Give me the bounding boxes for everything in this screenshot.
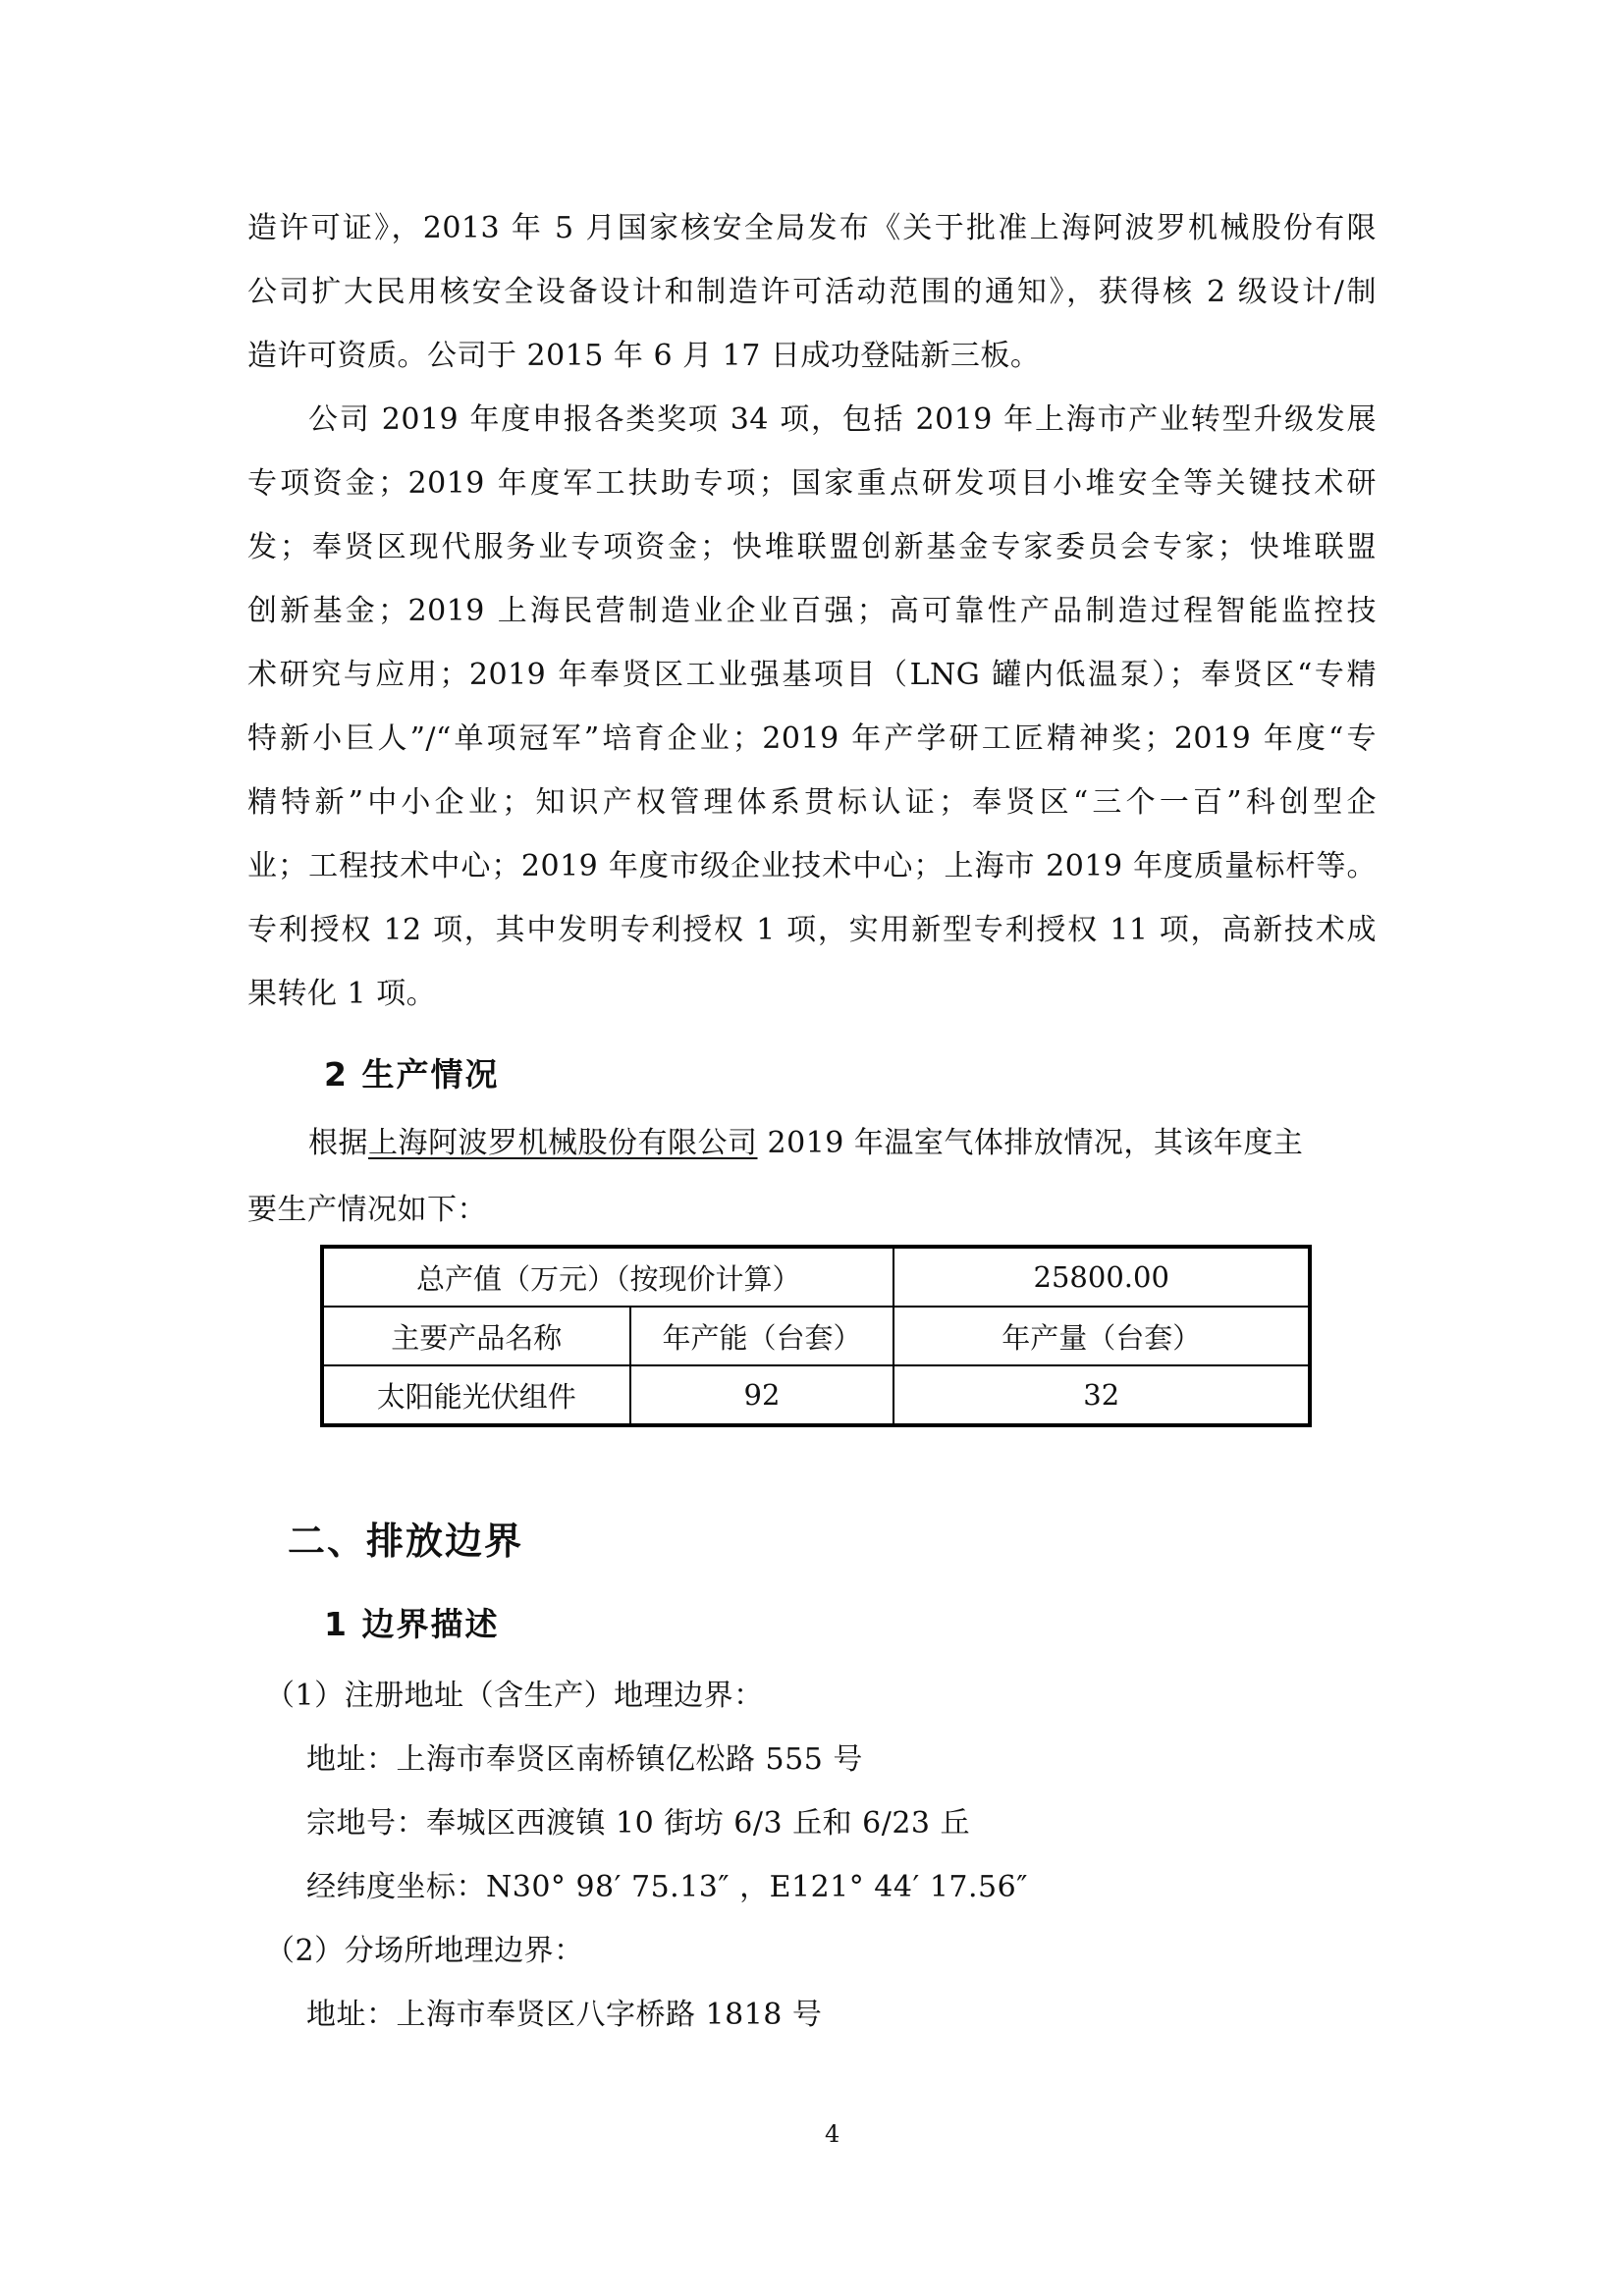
paragraph-line: 公司扩大民用核安全设备设计和制造许可活动范围的通知》，获得核 2 级设计/制 [247, 273, 1377, 312]
table-header-row: 主要产品名称 年产能（台套） 年产量（台套） [322, 1307, 1310, 1365]
company-name: 上海阿波罗机械股份有限公司 [368, 1126, 758, 1160]
header-annual-capacity: 年产能（台套） [630, 1307, 894, 1365]
table-row-total: 总产值（万元）（按现价计算） 25800.00 [322, 1247, 1310, 1307]
table-row: 太阳能光伏组件 92 32 [322, 1365, 1310, 1425]
cell-product-name: 太阳能光伏组件 [322, 1365, 630, 1425]
cell-annual-output: 32 [893, 1365, 1310, 1425]
paragraph-line: 术研究与应用；2019 年奉贤区工业强基项目（LNG 罐内低温泵）；奉贤区“专精 [247, 656, 1377, 695]
intro-suffix: 2019 年温室气体排放情况，其该年度主 [758, 1126, 1304, 1160]
paragraph-line: 果转化 1 项。 [247, 975, 1377, 1014]
subsection-heading-boundary-description: 1 边界描述 [324, 1604, 499, 1645]
paragraph-line: 创新基金；2019 上海民营制造业企业百强；高可靠性产品制造过程智能监控技 [247, 592, 1377, 631]
header-annual-output: 年产量（台套） [893, 1307, 1310, 1365]
production-intro-line: 根据上海阿波罗机械股份有限公司 2019 年温室气体排放情况，其该年度主 [247, 1124, 1377, 1163]
page-number: 4 [825, 2120, 839, 2148]
cell-annual-capacity: 92 [630, 1365, 894, 1425]
boundary-item: 地址：上海市奉贤区八字桥路 1818 号 [306, 1996, 1386, 2035]
production-intro-line-2: 要生产情况如下： [247, 1191, 1377, 1230]
boundary-item: 地址：上海市奉贤区南桥镇亿松路 555 号 [306, 1740, 1386, 1780]
document-page: 造许可证》，2013 年 5 月国家核安全局发布《关于批准上海阿波罗机械股份有限… [0, 0, 1624, 2296]
paragraph-line: 发；奉贤区现代服务业专项资金；快堆联盟创新基金专家委员会专家；快堆联盟 [247, 528, 1377, 567]
boundary-item: 宗地号：奉城区西渡镇 10 街坊 6/3 丘和 6/23 丘 [306, 1804, 1386, 1843]
boundary-item: 经纬度坐标：N30° 98′ 75.13″ ，E121° 44′ 17.56″ [306, 1868, 1386, 1907]
section-heading-production: 2 生产情况 [324, 1054, 499, 1095]
total-output-value: 25800.00 [893, 1247, 1310, 1307]
paragraph-line: 公司 2019 年度申报各类奖项 34 项，包括 2019 年上海市产业转型升级… [247, 400, 1377, 440]
paragraph-line: 业；工程技术中心；2019 年度市级企业技术中心；上海市 2019 年度质量标杆… [247, 847, 1377, 886]
paragraph-line: 造许可证》，2013 年 5 月国家核安全局发布《关于批准上海阿波罗机械股份有限 [247, 209, 1377, 248]
boundary-item: （1）注册地址（含生产）地理边界： [265, 1677, 1345, 1716]
section-heading-boundary: 二、排放边界 [288, 1519, 523, 1564]
total-output-label: 总产值（万元）（按现价计算） [322, 1247, 893, 1307]
paragraph-line: 造许可资质。公司于 2015 年 6 月 17 日成功登陆新三板。 [247, 337, 1377, 376]
paragraph-line: 专项资金；2019 年度军工扶助专项；国家重点研发项目小堆安全等关键技术研 [247, 464, 1377, 504]
paragraph-line: 精特新”中小企业；知识产权管理体系贯标认证；奉贤区“三个一百”科创型企 [247, 783, 1377, 823]
paragraph-line: 特新小巨人”/“单项冠军”培育企业；2019 年产学研工匠精神奖；2019 年度… [247, 720, 1377, 759]
header-product-name: 主要产品名称 [322, 1307, 630, 1365]
paragraph-line: 专利授权 12 项，其中发明专利授权 1 项，实用新型专利授权 11 项，高新技… [247, 911, 1377, 950]
boundary-item: （2）分场所地理边界： [265, 1932, 1345, 1971]
production-table: 总产值（万元）（按现价计算） 25800.00 主要产品名称 年产能（台套） 年… [320, 1245, 1312, 1427]
intro-prefix: 根据 [308, 1126, 368, 1160]
